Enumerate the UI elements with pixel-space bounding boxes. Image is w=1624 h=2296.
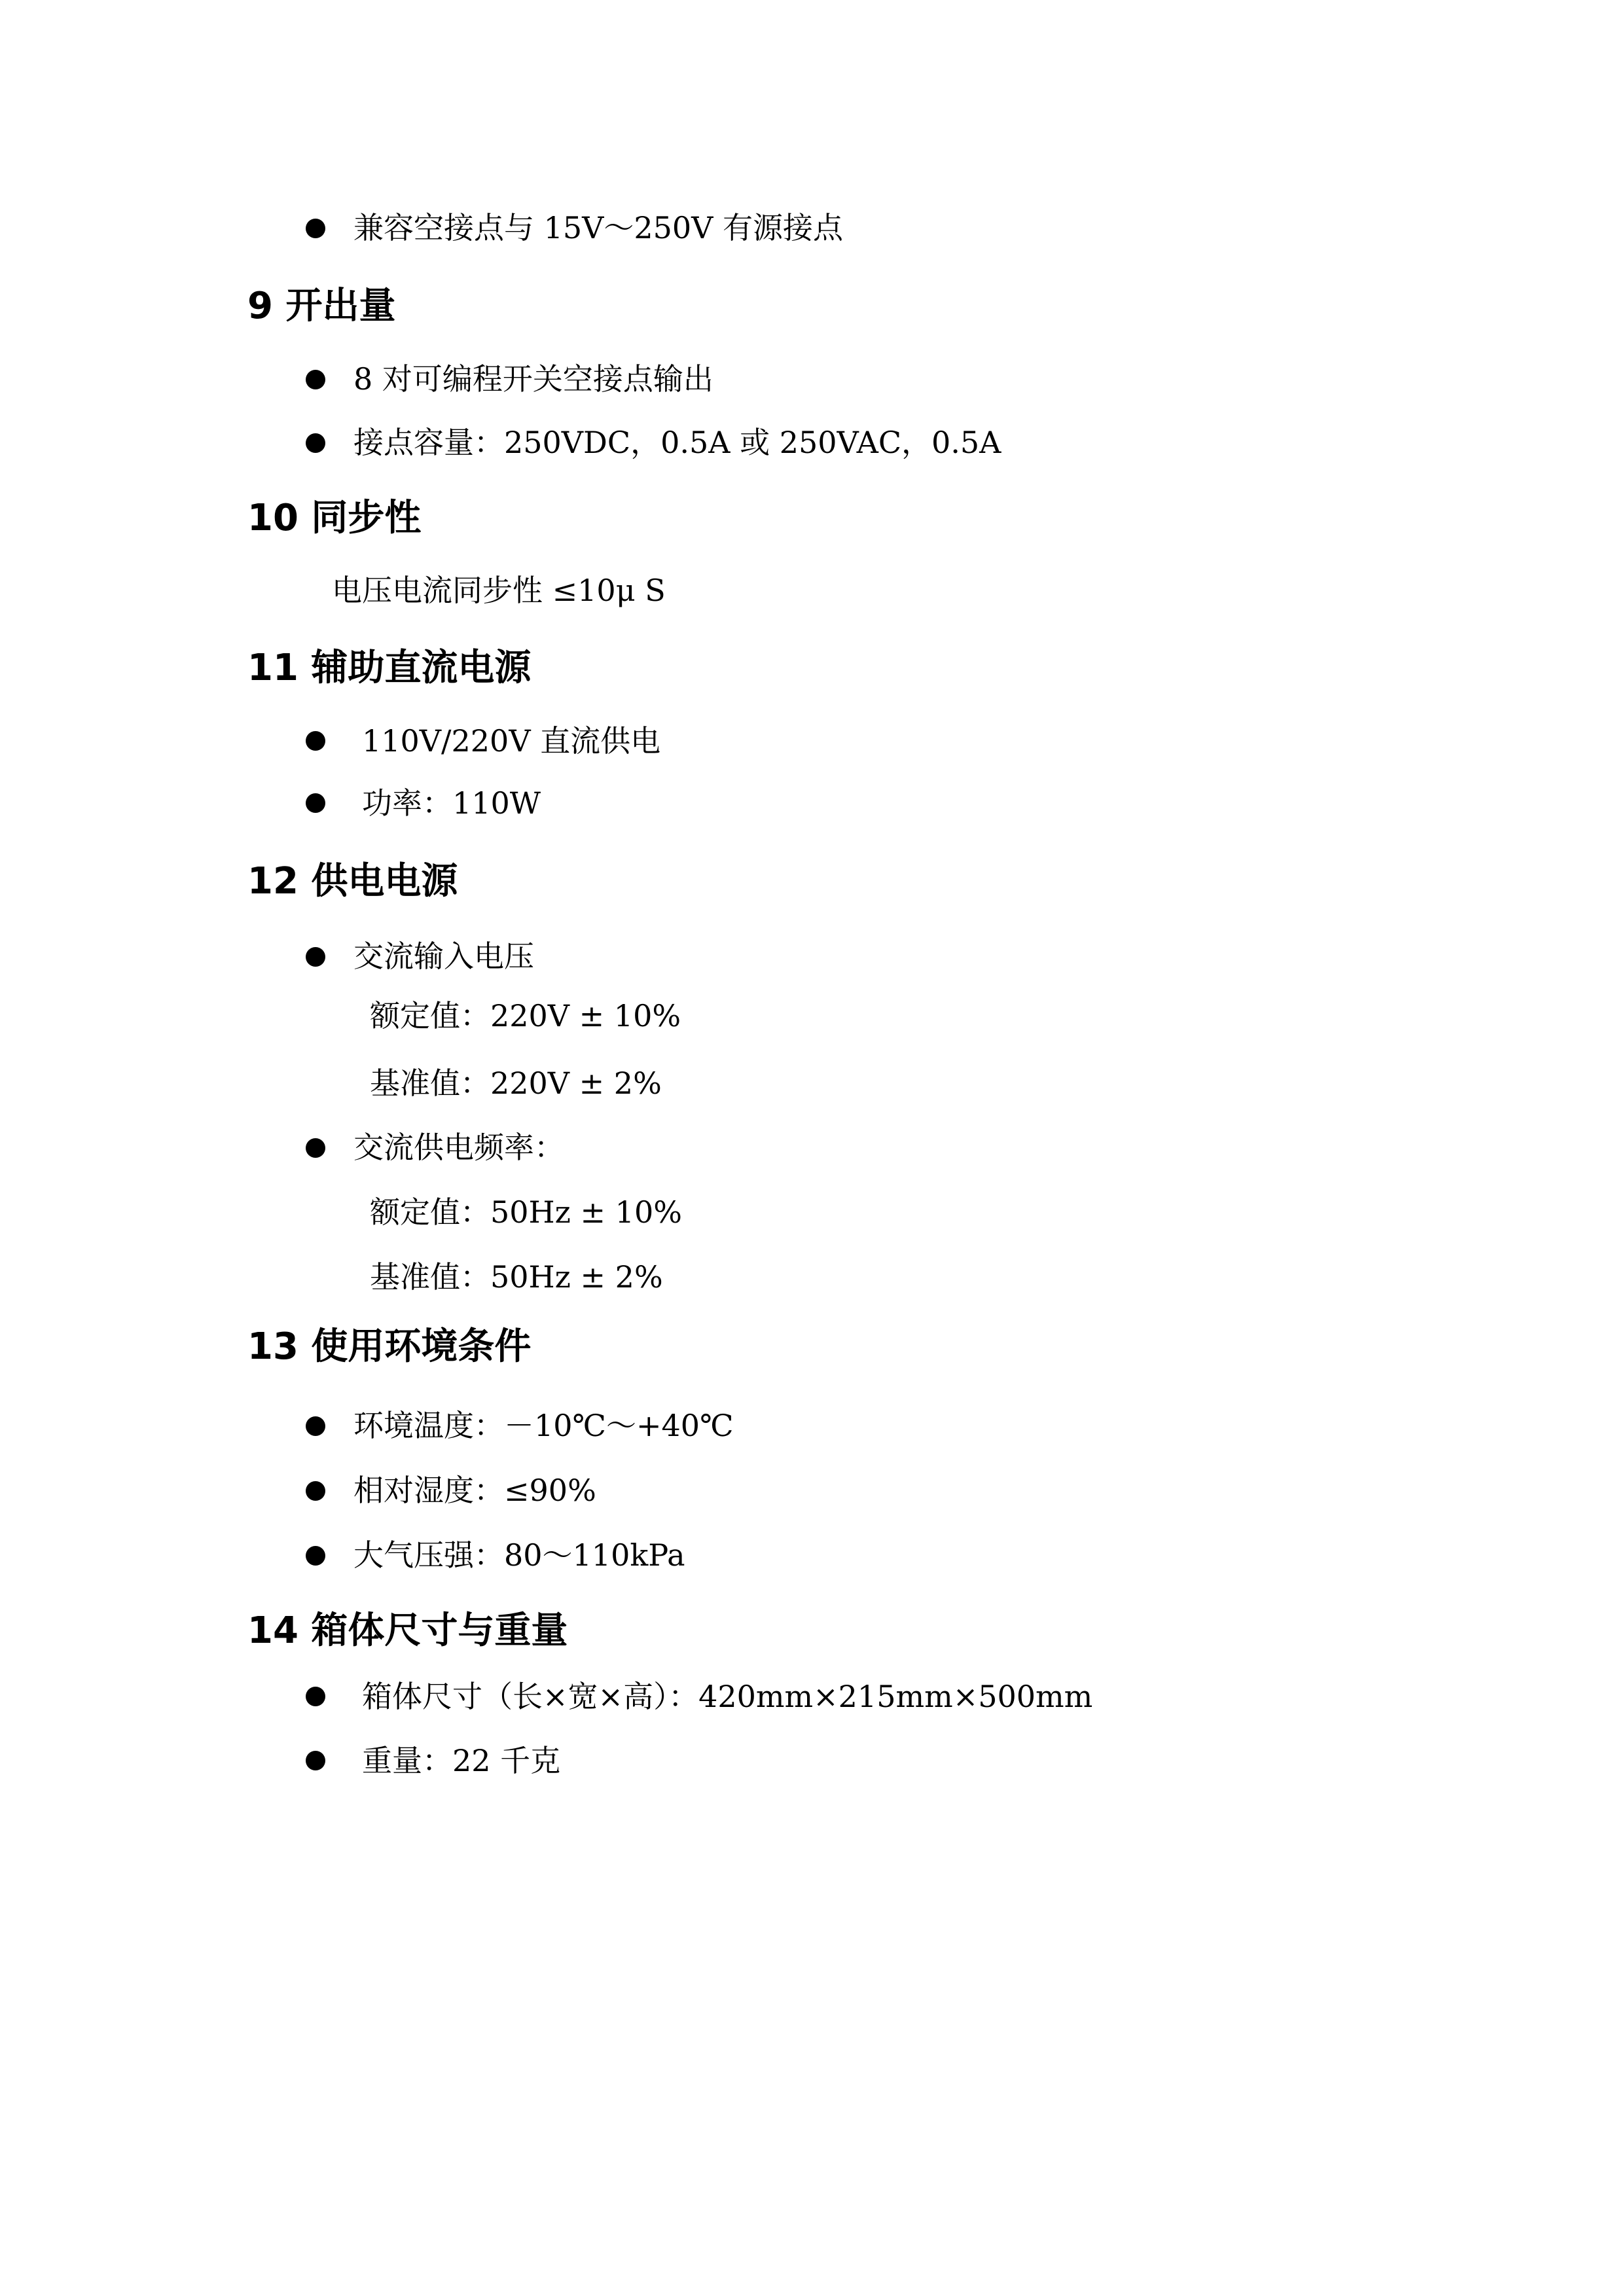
- list-item: 环境温度：－10℃～+40℃: [353, 1406, 734, 1445]
- sub-item: 基准值：50Hz ± 2%: [370, 1257, 663, 1297]
- bullet-icon: [306, 1481, 325, 1501]
- list-item: 大气压强：80～110kPa: [353, 1535, 685, 1575]
- list-item: 接点容量：250VDC，0.5A 或 250VAC，0.5A: [353, 423, 1001, 462]
- list-item: 相对湿度：≤90%: [353, 1471, 596, 1510]
- bullet-icon: [306, 1687, 325, 1706]
- section-heading: 13 使用环境条件: [247, 1324, 531, 1370]
- bullet-icon: [306, 433, 325, 453]
- bullet-icon: [306, 947, 325, 967]
- bullet-icon: [306, 731, 325, 751]
- list-item: 箱体尺寸（长×宽×高）：420mm×215mm×500mm: [362, 1677, 1092, 1716]
- bullet-icon: [306, 1546, 325, 1566]
- list-item: 兼容空接点与 15V～250V 有源接点: [353, 208, 843, 247]
- sub-item: 额定值：50Hz ± 10%: [370, 1193, 682, 1232]
- section-heading: 14 箱体尺寸与重量: [247, 1608, 568, 1654]
- list-item: 交流输入电压: [353, 937, 534, 976]
- bullet-icon: [306, 219, 325, 238]
- bullet-icon: [306, 370, 325, 389]
- bullet-icon: [306, 1138, 325, 1158]
- section-heading: 9 开出量: [247, 283, 395, 329]
- list-item: 功率：110W: [362, 783, 541, 823]
- section-heading: 11 辅助直流电源: [247, 645, 531, 691]
- bullet-icon: [306, 1751, 325, 1770]
- sub-item: 额定值：220V ± 10%: [370, 996, 681, 1035]
- list-item: 交流供电频率：: [353, 1128, 564, 1167]
- paragraph: 电压电流同步性 ≤10μ S: [332, 571, 666, 610]
- list-item: 8 对可编程开关空接点输出: [353, 359, 713, 399]
- section-heading: 10 同步性: [247, 495, 421, 541]
- sub-item: 基准值：220V ± 2%: [370, 1064, 662, 1103]
- list-item: 重量：22 千克: [362, 1741, 560, 1780]
- section-heading: 12 供电电源: [247, 859, 458, 905]
- bullet-icon: [306, 793, 325, 813]
- list-item: 110V/220V 直流供电: [362, 721, 660, 761]
- bullet-icon: [306, 1416, 325, 1436]
